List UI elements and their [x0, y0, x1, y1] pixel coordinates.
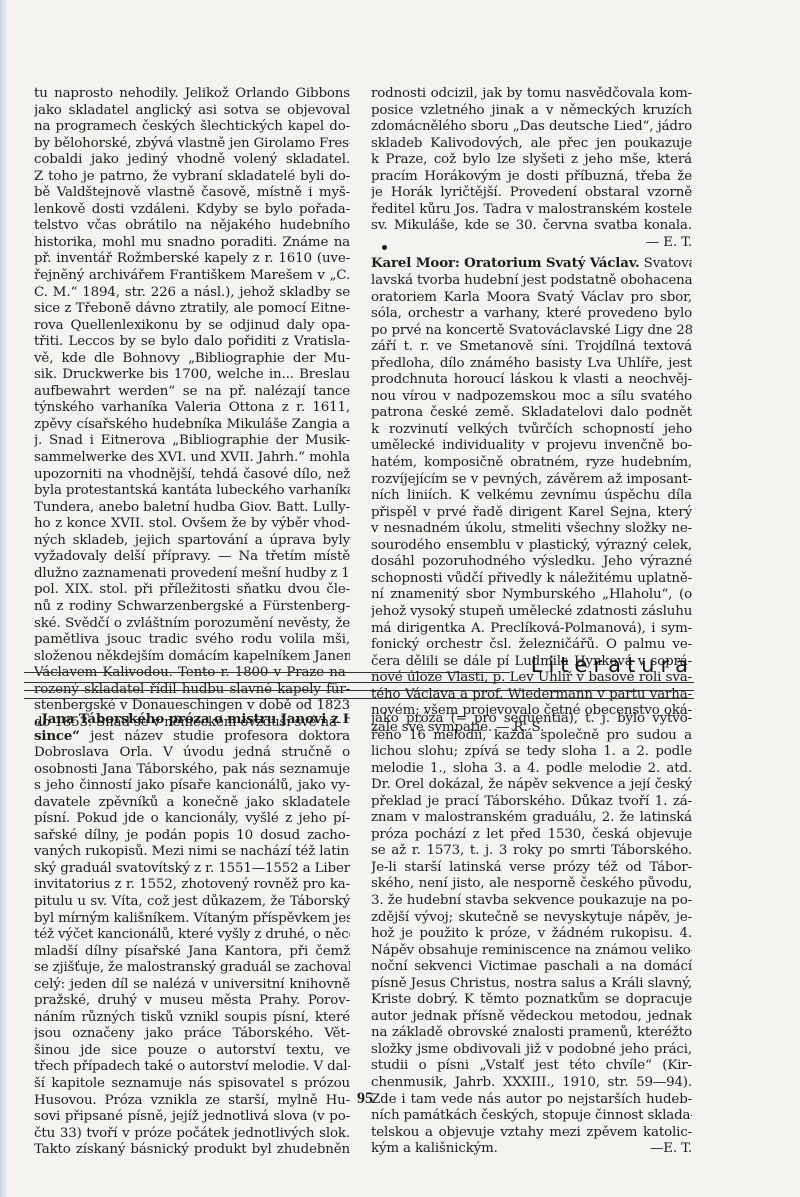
text-line: 3. že hudební stavba sekvence poukazuje …	[371, 893, 692, 910]
text-line: Tundera, anebo baletní hudba Giov. Batt.…	[34, 500, 350, 517]
text-line: umělecké individuality v projevu invenčn…	[371, 438, 692, 455]
text-line: pitulu u sv. Víta, což jest důkazem, že …	[34, 894, 350, 911]
text-line: sovi připsané písně, jejíž jednotlivá sl…	[34, 1109, 350, 1126]
text-line: jehož vysoký stupeň umělecké zdatnosti z…	[371, 604, 692, 621]
text-line: rodnosti odcizil, jak by tomu nasvědčova…	[371, 86, 692, 103]
text-line: jsou označeny jako práce Táborského. Vět…	[34, 1026, 350, 1043]
text-line: zdomácnělého sboru „Das deutsche Lied“, …	[371, 119, 692, 136]
text-line: př. inventář Rožmberské kapely z r. 1610…	[34, 251, 350, 268]
text-line: hatém, komposičně obratném, ryze hudební…	[371, 455, 692, 472]
text-fragment: jest název studie profesora doktora	[80, 729, 350, 744]
text-line: mladší dílny písařské Jana Kantora, při …	[34, 944, 350, 961]
text-line: sice z Třeboně dávno ztratily, ale pomoc…	[34, 301, 350, 318]
text-line: Takto získaný básnický produkt byl zhude…	[34, 1142, 350, 1159]
text-line: Dobroslava Orla. V úvodu jedná stručně o	[34, 745, 350, 762]
text-line: sv. Mikuláše, kde se 30. června svatba k…	[371, 218, 692, 235]
text-line: melodie 1., sloha 3. a 4. podle melodie …	[371, 761, 692, 778]
text-line: Husovou. Próza vznikla ze starší, mylně …	[34, 1093, 350, 1110]
review-title-line-2: since“ jest název studie profesora dokto…	[34, 728, 350, 746]
text-line: osobnosti Jana Táborského, pak nás sezna…	[34, 762, 350, 779]
text-line: j. Snad i Eitnerova „Bibliographie der M…	[34, 433, 350, 450]
text-line: lichou slohu; zpívá se tedy sloha 1. a 2…	[371, 744, 692, 761]
text-line: próza pochází z let před 1530, česká obj…	[371, 827, 692, 844]
review-title: Karel Moor: Oratorium Svatý Václav.	[371, 255, 640, 271]
text-line: davatele zpěvníků a konečně jako skladat…	[34, 795, 350, 812]
text-line: pražské, druhý v museu města Prahy. Poro…	[34, 993, 350, 1010]
text-line: historika, mohl mu snadno poraditi. Znám…	[34, 235, 350, 252]
text-line: složky jsme obdivovali již v podobné jeh…	[371, 1042, 692, 1059]
text-line: na programech českých šlechtických kapel…	[34, 119, 350, 136]
text-line: má dirigentka A. Preclíková-Polmanová), …	[371, 621, 692, 638]
review-title-line: „Jana Táborského próza o mistru Janovi z…	[34, 711, 350, 728]
text-line: byl mírným kališníkem. Vítaným příspěvke…	[34, 911, 350, 928]
text-line: je Horák lyričtější. Provedení obstaral …	[371, 185, 692, 202]
text-line: pracím Horákovým je dosti příbuzná, třeb…	[371, 169, 692, 186]
text-line: sik. Druckwerke bis 1700, welche in... B…	[34, 367, 350, 384]
text-line: schopnosti vůdčí přivedly k náležitému u…	[371, 571, 692, 588]
page-number: 95	[353, 1090, 377, 1108]
text-line: ský graduál svatovítský z r. 1551—1552 a…	[34, 861, 350, 878]
text-line: hož je použito k próze, v žádném rukopis…	[371, 926, 692, 943]
text-line: jako próza (= pro sequentia), t. j. bylo…	[371, 711, 692, 728]
text-line: patrona české země. Skladatelovi dalo po…	[371, 405, 692, 422]
text-line: sammelwerke des XVI. und XVII. Jahrh.“ m…	[34, 450, 350, 467]
text-line: Je-li starší latinská verse prózy též od…	[371, 860, 692, 877]
text-line: Z toho je patrno, že vybraní skladatelé …	[34, 169, 350, 186]
text-line: Zde i tam vede nás autor po nejstarších …	[371, 1092, 692, 1109]
header-rule	[24, 672, 510, 673]
text-line: nou vírou v nadpozemskou moc a sílu svat…	[371, 389, 692, 406]
text-line: sourodého ensemblu v plastický, výrazný …	[371, 538, 692, 555]
section-title: Literatura	[531, 653, 694, 677]
section-header-literatura: Literatura	[24, 650, 694, 690]
text-line: řeno 16 melodií, každá společně pro sudo…	[371, 728, 692, 745]
column-top-right: rodnosti odcizil, jak by tomu nasvědčova…	[371, 86, 692, 736]
text-line: třiti. Leccos by se bylo dalo pořiditi z…	[34, 334, 350, 351]
text-line: autor jednak přísně vědeckou metodou, je…	[371, 1009, 692, 1026]
text-line: vě, kde dle Bohnovy „Bibliographie der M…	[34, 351, 350, 368]
text-line: ské. Svědčí o zvláštním porozumění nevěs…	[34, 616, 350, 633]
text-line: na základě obrovské znalosti pramenů, kt…	[371, 1025, 692, 1042]
text-line: třech případech také o autorství melodie…	[34, 1059, 350, 1076]
text-line: telskou a objevuje vztahy mezi zpěvem ka…	[371, 1125, 692, 1142]
text-line: zdější vývoj; skutečně se nevyskytuje ná…	[371, 910, 692, 927]
text-line: by bělohorské, zbývá vlastně jen Girolam…	[34, 136, 350, 153]
text-line: bě Valdštejnově vlastně časově, místně i…	[34, 185, 350, 202]
text-line: náním různých tisků vznikl soupis písní,…	[34, 1010, 350, 1027]
text-line: dlužno zaznamenati provedení mešní hudby…	[34, 566, 350, 583]
text-line: Nápěv obsahuje reminiscence na známou ve…	[371, 943, 692, 960]
page-edge-shadow	[0, 0, 7, 1197]
author-signature: —E. T.	[650, 1141, 692, 1158]
column-top-left: tu naprosto nehodily. Jelikož Orlando Gi…	[34, 86, 350, 731]
text-line: čtu 33) tvoří v próze počátek jednotlivý…	[34, 1126, 350, 1143]
text-line: ních liniích. K velkému zevnímu úspěchu …	[371, 488, 692, 505]
review-title-end: since“	[34, 728, 80, 744]
column-bottom-right: jako próza (= pro sequentia), t. j. bylo…	[371, 711, 692, 1158]
text-line: skladeb Kalivodových, ale přec jen pouka…	[371, 136, 692, 153]
article-continuation-paragraph: rodnosti odcizil, jak by tomu nasvědčova…	[371, 86, 692, 251]
text-line: byla protestantská kantáta lubeckého var…	[34, 483, 350, 500]
review-first-line-text: Svatovác-	[640, 256, 692, 271]
text-line: ského, není jisto, ale nesporně českého …	[371, 876, 692, 893]
text-line: se zjišťuje, že malostranský graduál se …	[34, 960, 350, 977]
text-line: šinou jde sice pouze o autorství textu, …	[34, 1043, 350, 1060]
text-line: oratoriem Karla Moora Svatý Václav pro s…	[371, 290, 692, 307]
text-line: dosáhl pozoruhodného výsledku. Jeho výra…	[371, 554, 692, 571]
text-line: pol. XIX. stol. při příležitosti sňatku …	[34, 582, 350, 599]
header-rule	[24, 690, 694, 691]
text-line: Kriste dobrý. K těmto poznatkům se dopra…	[371, 992, 692, 1009]
column-bottom-left: „Jana Táborského próza o mistru Janovi z…	[34, 711, 350, 1159]
text-line: noční sekvenci Victimae paschali a na do…	[371, 959, 692, 976]
text-line: vyžadovaly delší přípravy. — Na třetím m…	[34, 549, 350, 566]
text-fragment: kým a kališnickým.	[371, 1141, 498, 1158]
text-line: pamětliva jsouc tradic svého rodu volila…	[34, 632, 350, 649]
text-line: cobaldi jako jediný vhodně volený sklada…	[34, 152, 350, 169]
text-line: předloha, dílo známého basisty Lva Uhlíř…	[371, 356, 692, 373]
text-line: posice vzletného jinak a v německých kru…	[371, 103, 692, 120]
final-line: kým a kališnickým. —E. T.	[371, 1141, 692, 1158]
text-line: aufbewahrt werden“ se na př. nalézají ta…	[34, 384, 350, 401]
review-continuation-paragraph: jako próza (= pro sequentia), t. j. bylo…	[371, 711, 692, 1158]
text-line: po prvé na koncertě Svatováclavské Ligy …	[371, 323, 692, 340]
text-line: sóla, orchestr a varhany, které proveden…	[371, 306, 692, 323]
text-line: nů z rodiny Schwarzenbergské a Fürstenbe…	[34, 599, 350, 616]
text-line: ných skladeb, jejich spartování a úprava…	[34, 533, 350, 550]
text-line: invitatorius z r. 1552, zhotovený rovněž…	[34, 877, 350, 894]
text-line: ředitel kůru Jos. Tadra v malostranském …	[371, 202, 692, 219]
text-line: studii o písni „Vstalť jest této chvíle“…	[371, 1058, 692, 1075]
author-signature: — E. T.	[371, 235, 692, 252]
text-line: celý: jeden díl se nalézá v universitní …	[34, 977, 350, 994]
text-line: překlad je prací Táborského. Důkaz tvoří…	[371, 794, 692, 811]
text-line: ho z konce XVII. stol. Ovšem že by výběr…	[34, 516, 350, 533]
text-line: vaných rukopisů. Mezi nimi se nachází té…	[34, 844, 350, 861]
text-line: rova Quellenlexikonu by se odjinud daly …	[34, 318, 350, 335]
text-line: písní. Pokud jde o kancionály, vyšlé z j…	[34, 811, 350, 828]
header-rule	[24, 698, 694, 699]
text-line: zpěvy císařského hudebníka Mikuláše Zang…	[34, 417, 350, 434]
text-line: Č. M.“ 1894, str. 226 a násl.), jehož sk…	[34, 285, 350, 302]
text-line: ší kapitole seznamuje nás spisovatel s p…	[34, 1076, 350, 1093]
text-line: ní znamenitý sbor Nymburského „Hlaholu“,…	[371, 587, 692, 604]
text-line: telstvo včas obrátilo na nějakého hudebn…	[34, 218, 350, 235]
text-line: znam v malostranském graduálu, 2. že lat…	[371, 810, 692, 827]
text-line: lenkově dosti vzdáleni. Kdyby se bylo po…	[34, 202, 350, 219]
text-line: ních památkách českých, stopuje činnost …	[371, 1108, 692, 1125]
text-line: rozvíjejícím se v pevných, závěrem až im…	[371, 472, 692, 489]
text-line: k Praze, což bylo lze slyšeti z jeho mše…	[371, 152, 692, 169]
review-first-line: Karel Moor: Oratorium Svatý Václav. Svat…	[371, 255, 692, 273]
text-line: lavská tvorba hudební jest podstatně obo…	[371, 273, 692, 290]
text-line: září t. r. ve Smetanově síni. Trojdílná …	[371, 339, 692, 356]
text-line: písně Jesus Christus, nostra salus a Krá…	[371, 976, 692, 993]
text-line: chenmusik, Jahrb. XXXIII., 1910, str. 59…	[371, 1075, 692, 1092]
text-line: sařské dílny, je podán popis 10 dosud za…	[34, 828, 350, 845]
review-paragraph-taborsky: „Jana Táborského próza o mistru Janovi z…	[34, 711, 350, 1159]
text-line: řejněný archivářem Františkem Marešem v …	[34, 268, 350, 285]
text-line: se až r. 1573, t. j. 3 roky po smrti Táb…	[371, 843, 692, 860]
text-line: v nesnadném úkolu, stmeliti všechny slož…	[371, 521, 692, 538]
text-line: též výčet kancionálů, které vyšly z druh…	[34, 927, 350, 944]
text-line: týnského varhaníka Valeria Ottona z r. 1…	[34, 400, 350, 417]
article-continuation-paragraph: tu naprosto nehodily. Jelikož Orlando Gi…	[34, 86, 350, 731]
text-line: tu naprosto nehodily. Jelikož Orlando Gi…	[34, 86, 350, 103]
text-line: Dr. Orel dokázal, že nápěv sekvence a je…	[371, 777, 692, 794]
text-line: k rozvinutí velkých tvůrčích schopností …	[371, 422, 692, 439]
text-line: upozorniti na vhodnější, tehdá časové dí…	[34, 467, 350, 484]
text-line: prodchnuta horoucí láskou k vlasti a neo…	[371, 372, 692, 389]
header-rule	[24, 682, 694, 683]
text-line: přispěl v prvé řadě dirigent Karel Šejna…	[371, 505, 692, 522]
text-line: jako skladatel anglický asi sotva se obj…	[34, 103, 350, 120]
text-line: s jeho činností jako písaře kancionálů, …	[34, 778, 350, 795]
